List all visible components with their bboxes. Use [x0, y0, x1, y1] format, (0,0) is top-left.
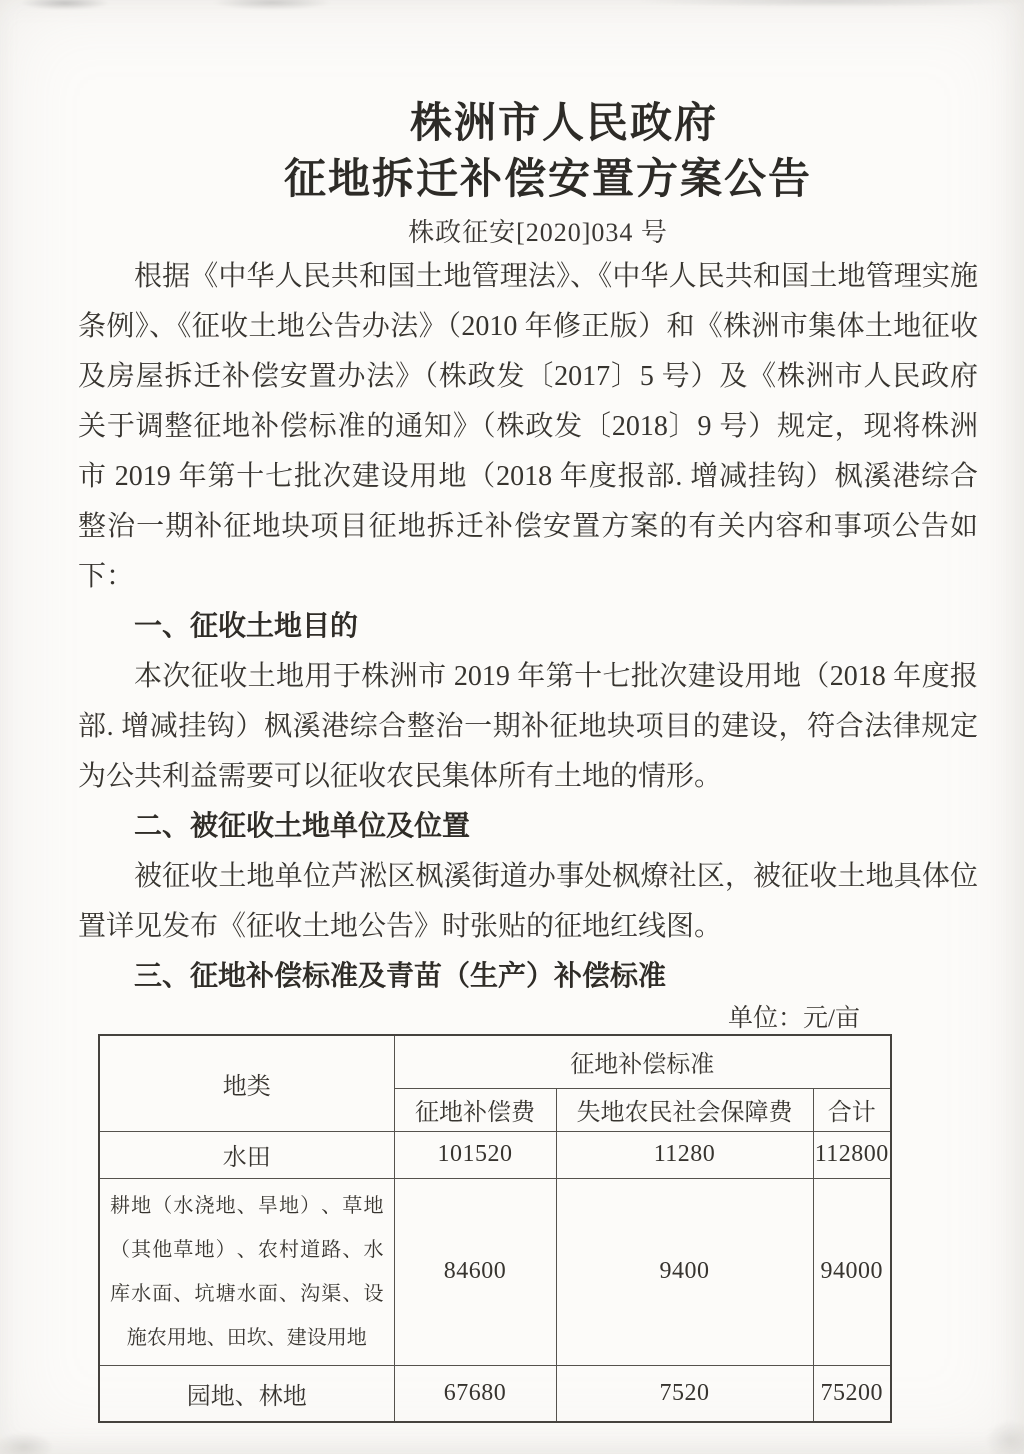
scan-artifact [0, 1432, 54, 1454]
section-1-paragraph: 本次征收土地用于株洲市 2019 年第十七批次建设用地（2018 年度报部. 增… [78, 652, 978, 802]
table-row: 水田 101520 11280 112800 [99, 1131, 891, 1178]
section-2-heading: 二、被征收土地单位及位置 [78, 802, 978, 852]
cell-compensation-fee: 67680 [394, 1365, 556, 1422]
document-title-line1: 株洲市人民政府 [114, 100, 1014, 148]
cell-social-security-fee: 7520 [556, 1365, 813, 1422]
cell-land-type: 园地、林地 [99, 1365, 394, 1422]
table-header-row-group: 地类 征地补偿标准 [99, 1035, 891, 1088]
cell-land-type: 水田 [99, 1131, 394, 1178]
table-row: 园地、林地 67680 7520 75200 [99, 1365, 891, 1422]
table-row: 耕地（水浇地、旱地）、草地（其他草地）、农村道路、水库水面、坑塘水面、沟渠、设施… [99, 1178, 891, 1365]
section-1-heading: 一、征收土地目的 [78, 602, 978, 652]
cell-total: 94000 [813, 1178, 891, 1365]
cell-total: 112800 [813, 1131, 891, 1178]
section-2-paragraph: 被征收土地单位芦淞区枫溪街道办事处枫燎社区，被征收土地具体位置详见发布《征收土地… [78, 852, 978, 952]
document-title-line2: 征地拆迁补偿安置方案公告 [98, 156, 998, 204]
document-number: 株政征安[2020]034 号 [88, 214, 988, 252]
cell-compensation-fee: 101520 [394, 1131, 556, 1178]
scan-artifact [985, 1420, 1024, 1454]
document-content: 株洲市人民政府 征地拆迁补偿安置方案公告 株政征安[2020]034 号 根据《… [78, 0, 978, 1423]
compensation-table: 地类 征地补偿标准 征地补偿费 失地农民社会保障费 合计 水田 101520 1… [98, 1034, 892, 1423]
header-compensation-fee: 征地补偿费 [394, 1088, 556, 1131]
header-land-type: 地类 [99, 1035, 394, 1131]
scanned-document-page: 株洲市人民政府 征地拆迁补偿安置方案公告 株政征安[2020]034 号 根据《… [0, 0, 1024, 1454]
table-unit-label: 单位：元/亩 [98, 1004, 890, 1034]
header-total: 合计 [813, 1088, 891, 1131]
section-3-heading: 三、征地补偿标准及青苗（生产）补偿标准 [78, 952, 978, 1002]
header-compensation-group: 征地补偿标准 [394, 1035, 891, 1088]
cell-land-type: 耕地（水浇地、旱地）、草地（其他草地）、农村道路、水库水面、坑塘水面、沟渠、设施… [99, 1178, 394, 1365]
cell-social-security-fee: 9400 [556, 1178, 813, 1365]
header-social-security-fee: 失地农民社会保障费 [556, 1088, 813, 1131]
cell-compensation-fee: 84600 [394, 1178, 556, 1365]
intro-paragraph: 根据《中华人民共和国土地管理法》、《中华人民共和国土地管理实施条例》、《征收土地… [78, 252, 978, 602]
cell-total: 75200 [813, 1365, 891, 1422]
cell-social-security-fee: 11280 [556, 1131, 813, 1178]
